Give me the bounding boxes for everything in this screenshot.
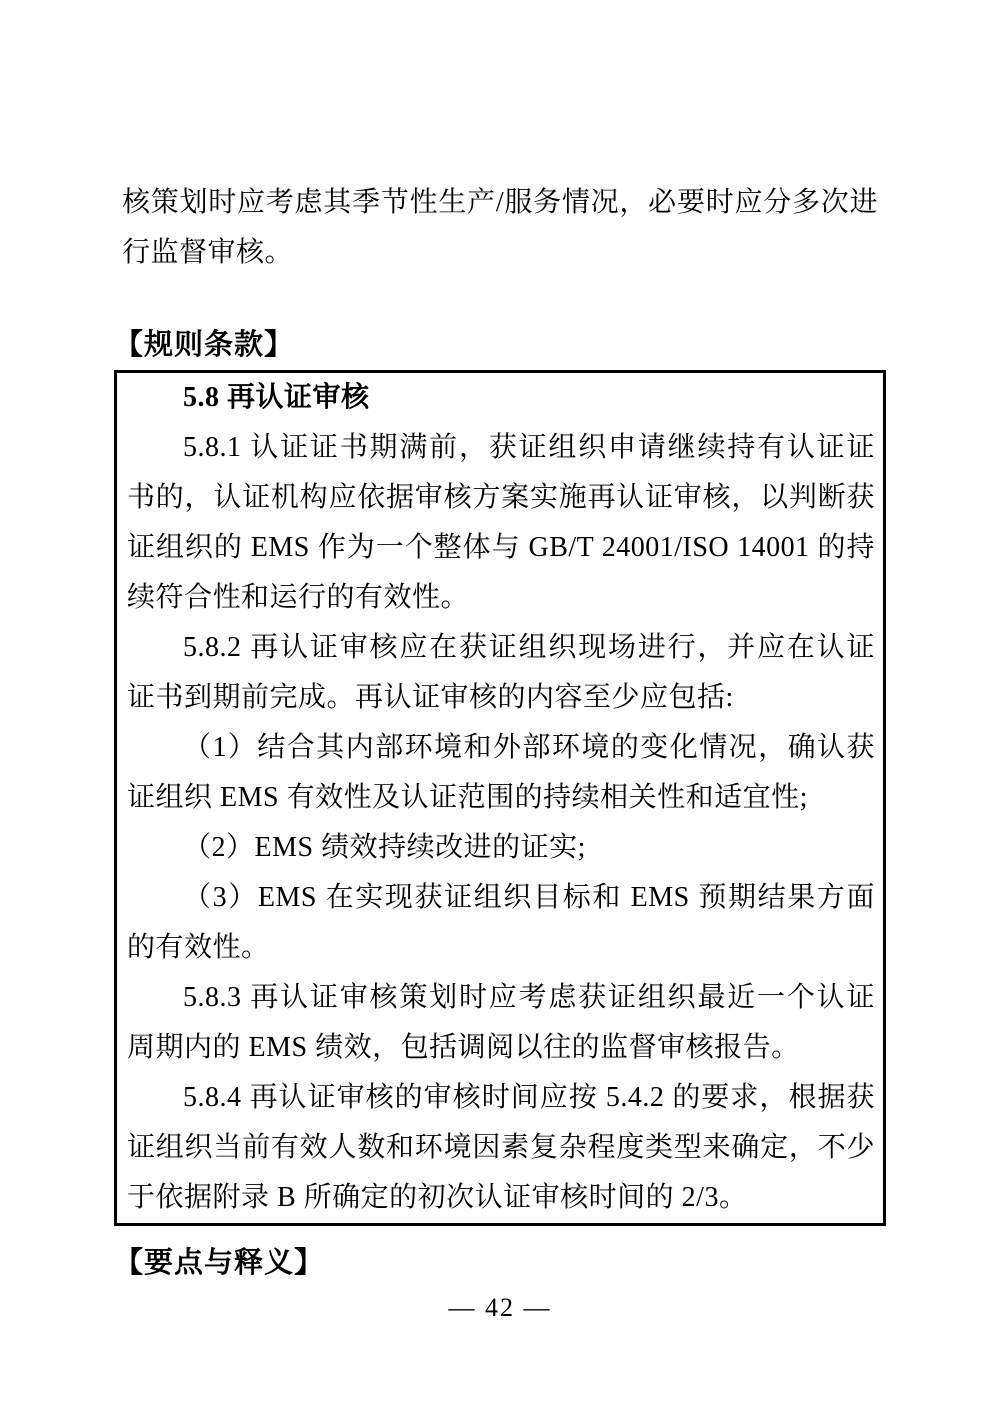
rule-paragraph-5-8-1: 5.8.1 认证证书期满前，获证组织申请继续持有认证证书的，认证机构应依据审核方…: [127, 423, 875, 623]
points-section-heading: 【要点与释义】: [114, 1242, 878, 1284]
rule-paragraph-5-8-2: 5.8.2 再认证审核应在获证组织现场进行，并应在认证证书到期前完成。再认证审核…: [127, 623, 875, 723]
rule-paragraph-5-8-3: 5.8.3 再认证审核策划时应考虑获证组织最近一个认证周期内的 EMS 绩效，包…: [127, 973, 875, 1073]
rule-paragraph-5-8-4: 5.8.4 再认证审核的审核时间应按 5.4.2 的要求，根据获证组织当前有效人…: [127, 1073, 875, 1223]
rules-box: 5.8 再认证审核 5.8.1 认证证书期满前，获证组织申请继续持有认证证书的，…: [114, 370, 886, 1226]
continuation-paragraph: 核策划时应考虑其季节性生产/服务情况，必要时应分多次进行监督审核。: [122, 178, 878, 278]
rules-section-heading: 【规则条款】: [114, 324, 878, 366]
rule-list-item-1: （1）结合其内部环境和外部环境的变化情况，确认获证组织 EMS 有效性及认证范围…: [127, 723, 875, 823]
rule-list-item-2: （2）EMS 绩效持续改进的证实;: [127, 823, 875, 873]
page-number: — 42 —: [449, 1293, 552, 1322]
rules-box-title: 5.8 再认证审核: [127, 373, 875, 423]
rule-list-item-3: （3）EMS 在实现获证组织目标和 EMS 预期结果方面的有效性。: [127, 873, 875, 973]
page-footer: — 42 —: [0, 1292, 1000, 1324]
document-page: 核策划时应考虑其季节性生产/服务情况，必要时应分多次进行监督审核。 【规则条款】…: [0, 0, 1000, 1414]
